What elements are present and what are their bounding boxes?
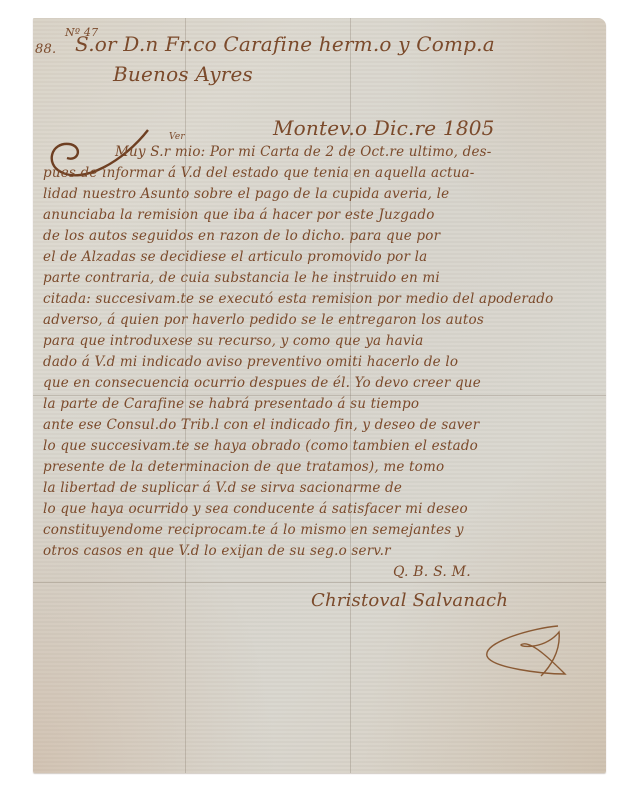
addressee-line-2: Buenos Ayres xyxy=(113,62,253,86)
letter-paper: Nº 47 88. S.or D.n Fr.co Carafine herm.o… xyxy=(33,18,606,773)
body-line: otros casos en que V.d lo exijan de su s… xyxy=(43,543,391,559)
rubric-flourish-icon xyxy=(473,622,573,682)
body-line: lidad nuestro Asunto sobre el pago de la… xyxy=(43,186,449,202)
body-line: constituyendome reciprocam.te á lo mismo… xyxy=(43,522,464,538)
salutation-superscript: Ver xyxy=(169,132,185,142)
body-line: adverso, á quien por haverlo pedido se l… xyxy=(43,312,484,328)
body-line: para que introduxese su recurso, y como … xyxy=(43,333,424,349)
page-number: 88. xyxy=(35,42,56,57)
body-line: el de Alzadas se decidiese el articulo p… xyxy=(43,249,427,265)
body-line: la libertad de suplicar á V.d se sirva s… xyxy=(43,480,402,496)
body-line: anunciaba la remision que iba á hacer po… xyxy=(43,207,435,223)
fold-line xyxy=(33,582,606,583)
body-line: parte contraria, de cuia substancia le h… xyxy=(43,270,440,286)
body-line: de los autos seguidos en razon de lo dic… xyxy=(43,228,440,244)
body-line: presente de la determinacion de que trat… xyxy=(43,459,444,475)
body-line: lo que haya ocurrido y sea conducente á … xyxy=(43,501,468,517)
body-line: que en consecuencia ocurrio despues de é… xyxy=(43,375,481,391)
body-line: dado á V.d mi indicado aviso preventivo … xyxy=(43,354,458,370)
closing: Q. B. S. M. xyxy=(393,564,471,580)
body-line: la parte de Carafine se habrá presentado… xyxy=(43,396,419,412)
dateline: Montev.o Dic.re 1805 xyxy=(273,116,495,140)
body-line: citada: succesivam.te se executó esta re… xyxy=(43,291,553,307)
body-line: ante ese Consul.do Trib.l con el indicad… xyxy=(43,417,479,433)
body-line: Muy S.r mio: Por mi Carta de 2 de Oct.re… xyxy=(115,144,492,160)
addressee-line-1: S.or D.n Fr.co Carafine herm.o y Comp.a xyxy=(75,32,495,56)
body-line: lo que succesivam.te se haya obrado (com… xyxy=(43,438,478,454)
body-line: pues de informar á V.d del estado que te… xyxy=(43,165,475,181)
signature: Christoval Salvanach xyxy=(311,590,508,611)
